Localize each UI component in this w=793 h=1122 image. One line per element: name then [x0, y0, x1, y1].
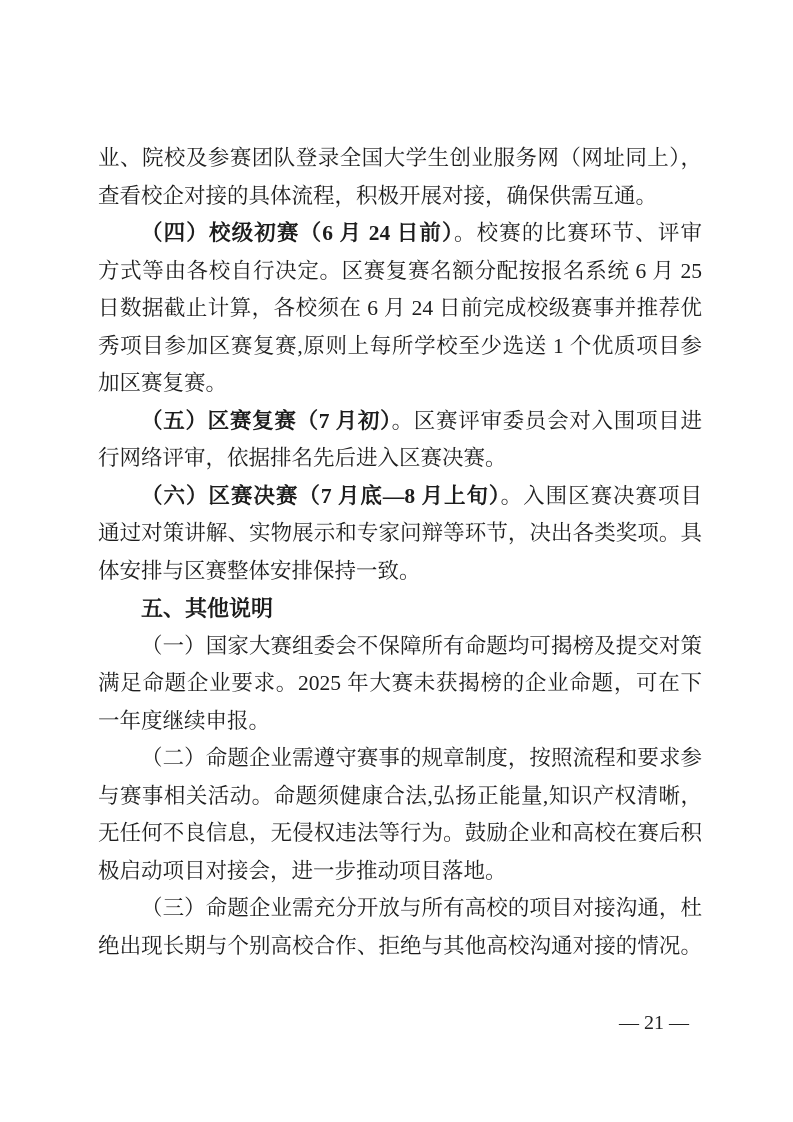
text-run: （二）命题企业需遵守赛事的规章制度，按照流程和要求参 — [141, 746, 702, 770]
text-line: 极启动项目对接会，进一步推动项目落地。 — [98, 853, 702, 891]
text-line: （四）校级初赛（6 月 24 日前）。校赛的比赛环节、评审 — [98, 215, 702, 253]
text-line: 满足命题企业要求。2025 年大赛未获揭榜的企业命题，可在下 — [98, 665, 702, 703]
text-line: （一）国家大赛组委会不保障所有命题均可揭榜及提交对策 — [98, 628, 702, 666]
text-line: 一年度继续申报。 — [98, 703, 702, 741]
text-line: （三）命题企业需充分开放与所有高校的项目对接沟通，杜 — [98, 890, 702, 928]
text-line: 查看校企对接的具体流程，积极开展对接，确保供需互通。 — [98, 178, 702, 216]
text-run: 加区赛复赛。 — [98, 371, 227, 395]
bold-text-run: （五）区赛复赛（7 月初） — [141, 409, 392, 433]
document-page: 业、院校及参赛团队登录全国大学生创业服务网（网址同上），查看校企对接的具体流程，… — [0, 0, 793, 1122]
text-line: （五）区赛复赛（7 月初）。区赛评审委员会对入围项目进 — [98, 403, 702, 441]
section-5-other-notes-heading: 五、其他说明 — [98, 590, 702, 628]
text-run: 与赛事相关活动。命题须健康合法,弘扬正能量,知识产权清晰， — [98, 784, 702, 808]
text-run: 日数据截止计算，各校须在 6 月 24 日前完成校级赛事并推荐优 — [98, 296, 702, 320]
text-line: 加区赛复赛。 — [98, 365, 702, 403]
text-line: 与赛事相关活动。命题须健康合法,弘扬正能量,知识产权清晰， — [98, 778, 702, 816]
text-line: 绝出现长期与个别高校合作、拒绝与其他高校沟通对接的情况。 — [98, 928, 702, 966]
text-run: 绝出现长期与个别高校合作、拒绝与其他高校沟通对接的情况。 — [98, 934, 702, 958]
text-run: 查看校企对接的具体流程，积极开展对接，确保供需互通。 — [98, 184, 657, 208]
bold-text-run: （四）校级初赛（6 月 24 日前） — [141, 221, 454, 245]
text-run: 秀项目参加区赛复赛,原则上每所学校至少选送 1 个优质项目参 — [98, 334, 702, 358]
text-line: （六）区赛决赛（7 月底—8 月上旬）。入围区赛决赛项目 — [98, 478, 702, 516]
text-line: 秀项目参加区赛复赛,原则上每所学校至少选送 1 个优质项目参 — [98, 328, 702, 366]
text-line: 体安排与区赛整体安排保持一致。 — [98, 553, 702, 591]
text-run: 满足命题企业要求。2025 年大赛未获揭榜的企业命题，可在下 — [98, 671, 702, 695]
text-block: 业、院校及参赛团队登录全国大学生创业服务网（网址同上），查看校企对接的具体流程，… — [98, 140, 702, 965]
text-line: 日数据截止计算，各校须在 6 月 24 日前完成校级赛事并推荐优 — [98, 290, 702, 328]
text-run: 一年度继续申报。 — [98, 709, 270, 733]
text-line: 方式等由各校自行决定。区赛复赛名额分配按报名系统 6 月 25 — [98, 253, 702, 291]
text-line: 行网络评审，依据排名先后进入区赛决赛。 — [98, 440, 702, 478]
text-run: 无任何不良信息，无侵权违法等行为。鼓励企业和高校在赛后积 — [98, 821, 702, 845]
text-run: 行网络评审，依据排名先后进入区赛决赛。 — [98, 446, 507, 470]
text-line: 五、其他说明 — [98, 590, 702, 628]
text-run: （三）命题企业需充分开放与所有高校的项目对接沟通，杜 — [141, 896, 702, 920]
text-run: 业、院校及参赛团队登录全国大学生创业服务网（网址同上）， — [98, 146, 702, 170]
text-line: 业、院校及参赛团队登录全国大学生创业服务网（网址同上）， — [98, 140, 702, 178]
text-run: 体安排与区赛整体安排保持一致。 — [98, 559, 421, 583]
text-run: （一）国家大赛组委会不保障所有命题均可揭榜及提交对策 — [141, 634, 702, 658]
text-run: 方式等由各校自行决定。区赛复赛名额分配按报名系统 6 月 25 — [98, 259, 702, 283]
text-run: 。入围区赛决赛项目 — [501, 484, 702, 508]
heading-text-run: 五、其他说明 — [141, 596, 273, 621]
para-note-2-enterprise-rules: （二）命题企业需遵守赛事的规章制度，按照流程和要求参与赛事相关活动。命题须健康合… — [98, 740, 702, 890]
bold-text-run: （六）区赛决赛（7 月底—8 月上旬） — [141, 484, 501, 508]
text-run: 通过对策讲解、实物展示和专家问辩等环节，决出各类奖项。具 — [98, 521, 702, 545]
page-number: — 21 — — [584, 1008, 724, 1038]
para-6-regional-final: （六）区赛决赛（7 月底—8 月上旬）。入围区赛决赛项目通过对策讲解、实物展示和… — [98, 478, 702, 591]
text-line: （二）命题企业需遵守赛事的规章制度，按照流程和要求参 — [98, 740, 702, 778]
para-note-1-no-guarantee: （一）国家大赛组委会不保障所有命题均可揭榜及提交对策满足命题企业要求。2025 … — [98, 628, 702, 741]
para-note-3-open-communication: （三）命题企业需充分开放与所有高校的项目对接沟通，杜绝出现长期与个别高校合作、拒… — [98, 890, 702, 965]
text-run: 。校赛的比赛环节、评审 — [454, 221, 702, 245]
para-continuation-school-enterprise: 业、院校及参赛团队登录全国大学生创业服务网（网址同上），查看校企对接的具体流程，… — [98, 140, 702, 215]
para-5-regional-semifinal: （五）区赛复赛（7 月初）。区赛评审委员会对入围项目进行网络评审，依据排名先后进… — [98, 403, 702, 478]
text-line: 无任何不良信息，无侵权违法等行为。鼓励企业和高校在赛后积 — [98, 815, 702, 853]
text-run: 。区赛评审委员会对入围项目进 — [392, 409, 702, 433]
text-line: 通过对策讲解、实物展示和专家问辩等环节，决出各类奖项。具 — [98, 515, 702, 553]
para-4-school-level-preliminary: （四）校级初赛（6 月 24 日前）。校赛的比赛环节、评审方式等由各校自行决定。… — [98, 215, 702, 403]
text-run: 极启动项目对接会，进一步推动项目落地。 — [98, 859, 507, 883]
